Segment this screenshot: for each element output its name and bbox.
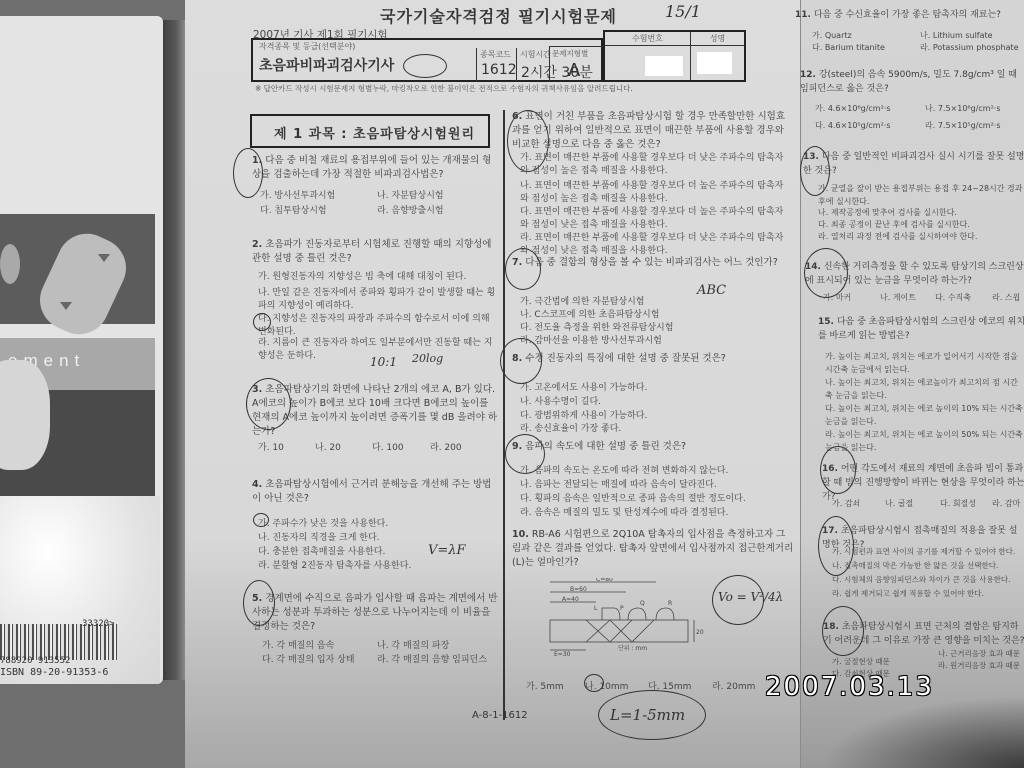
option[interactable]: 가. 음파의 속도는 온도에 따라 전혀 변화하지 않는다. (520, 463, 728, 476)
option[interactable]: 가. 극간법에 의한 자분탐상시험 (520, 294, 644, 307)
option[interactable]: 라. 스윕 (992, 292, 1020, 303)
column-divider (503, 110, 505, 720)
option[interactable]: 가. 굴절현상 때문 (832, 656, 890, 667)
option[interactable]: 라. 높이는 최고치, 위치는 에코 높이의 50% 되는 시간축 눈금을 읽는… (825, 428, 1024, 454)
camera-date-stamp: 2007.03.13 (765, 672, 934, 702)
subject-heading: 제 1 과목 : 초음파탐상시험원리 (250, 114, 490, 148)
background-book: ement 33320> 788920 913552 ISBN 89-20-91… (0, 16, 163, 684)
option[interactable]: 나. 근거리음장 효과 때문 (938, 648, 1020, 659)
option[interactable]: 가. 10 (258, 440, 284, 453)
barcode-number: 788920 913552 (0, 656, 70, 666)
handwritten-note: 15/1 (665, 2, 701, 21)
svg-text:L: L (594, 605, 598, 612)
option[interactable]: 다. 수직축 (935, 292, 971, 303)
category-value: 초음파비파괴검사기사 (259, 55, 394, 75)
barcode-addon: 33320> (82, 619, 115, 629)
question-8: 8. 수정 진동자의 특징에 대한 설명 중 잘못된 것은? (512, 352, 794, 366)
option[interactable]: 나. 접촉매질의 막은 가능한 한 얇은 것을 선택한다. (832, 559, 1024, 572)
option[interactable]: 다. 횡파의 음속은 일반적으로 종파 음속의 절반 정도이다. (520, 491, 746, 504)
option[interactable]: 라. 분할형 2진동자 탐촉자를 사용한다. (258, 558, 411, 571)
option[interactable]: 가. 감쇠 (832, 498, 860, 509)
option[interactable]: 라. 원거리음장 효과 때문 (938, 660, 1020, 671)
option[interactable]: 나. 표면이 매끈한 부품에 사용할 경우보다 더 높은 주파수의 탐촉자와 점… (520, 180, 790, 206)
question-12: 12. 강(steel)의 음속 5900m/s, 밀도 7.8g/cm³ 일 … (800, 68, 1024, 96)
isbn: ISBN 89-20-91353-6 (0, 667, 108, 678)
option[interactable]: 가. 시험편과 표면 사이의 공기를 제거할 수 있어야 한다. (832, 545, 1024, 558)
type-cell: 문제지형별 A (549, 46, 605, 82)
option[interactable]: 라. 각 매질의 음향 임피던스 (377, 652, 487, 665)
option[interactable]: 가. 방사선투과시험 (260, 188, 335, 201)
option[interactable]: 다. 전도율 측정을 위한 와전류탐상시험 (520, 320, 673, 333)
svg-text:R: R (668, 600, 672, 607)
option[interactable]: 가. 주파수가 낮은 것을 사용한다. (258, 516, 388, 529)
svg-text:C=80: C=80 (596, 578, 613, 583)
option[interactable]: 라. 감마선을 이용한 방사선투과시험 (520, 333, 662, 346)
option[interactable]: 다. 시험체의 음향임피던스와 차이가 큰 것을 사용한다. (832, 573, 1024, 586)
option[interactable]: 나. 자분탐상시험 (377, 188, 444, 201)
option[interactable]: 나. 높이는 최고치, 위치는 에코높이가 최고치의 점 시간축 눈금을 읽는다… (825, 376, 1024, 402)
option[interactable]: 다. 각 매질의 입자 상태 (262, 652, 355, 665)
question-11: 11. 다음 중 수신효율이 가장 좋은 탐촉자의 재료는? (795, 8, 1024, 22)
question-13: 13. 다음 중 일반적인 비파괴검사 실시 시기를 잘못 설명한 것은? (803, 150, 1024, 178)
book-spine (163, 20, 185, 680)
option[interactable]: 가. 마커 (823, 292, 851, 303)
option[interactable]: 다. 지향성은 진동자의 파장과 주파수의 함수로서 이에 의해 변화된다. (258, 313, 498, 339)
question-1: 1. 다음 중 비철 재료의 용접부위에 들어 있는 개재물의 형상을 검출하는… (252, 154, 500, 182)
question-9: 9. 음파의 속도에 대한 설명 중 틀린 것은? (512, 440, 794, 454)
svg-text:20: 20 (696, 629, 704, 636)
option[interactable]: 다. 충분한 접촉매질을 사용한다. (258, 544, 385, 557)
option[interactable]: 나. 음파는 전달되는 매질에 따라 음속이 달라진다. (520, 477, 717, 490)
option[interactable]: 나. 각 매질의 파장 (377, 638, 449, 651)
option[interactable]: 라. 음향방출시험 (377, 203, 444, 216)
option[interactable]: 라. 7.5×10⁵g/cm²·s (925, 120, 1001, 131)
question-6: 6. 표면이 거친 부품을 초음파탐상시험 할 경우 만족할만한 시험효과를 얻… (512, 110, 794, 152)
option[interactable]: 가. Quartz (812, 30, 852, 41)
handwritten-note: ABC (697, 283, 726, 298)
svg-text:A=40: A=40 (562, 596, 579, 603)
book-cover-photo (0, 214, 155, 324)
handwritten-note: 20log (412, 352, 443, 365)
question-7: 7. 다음 중 결함의 형상을 볼 수 있는 비파괴검사는 어느 것인가? (512, 256, 794, 270)
option[interactable]: 나. 만일 같은 진동자에서 종파와 횡파가 같이 발생할 때는 횡파의 지향성… (258, 287, 498, 313)
option[interactable]: 나. 20 (315, 440, 341, 453)
option[interactable]: 나. 게이트 (880, 292, 916, 303)
option[interactable]: 라. 감마 (992, 498, 1020, 509)
probe-incidence-diagram: C=80 B=60 A=40 E=30 P Q R 20 단위 : mm L (548, 578, 708, 658)
option[interactable]: 나. 7.5×10⁶g/cm²·s (925, 103, 1001, 114)
redacted-exam-number (645, 56, 683, 76)
option[interactable]: 다. 4.6×10⁵g/cm²·s (815, 120, 891, 131)
svg-text:단위 : mm: 단위 : mm (618, 644, 647, 652)
option[interactable]: 나. C스코프에 의한 초음파탐상시험 (520, 307, 659, 320)
handwritten-answer: L=1-5mm (610, 706, 685, 724)
option[interactable]: 라. 쉽게 제거되고 쉽게 적용할 수 있어야 한다. (832, 587, 1024, 600)
option[interactable]: 가. 5mm (526, 679, 564, 692)
option[interactable]: 라. 송신효율이 가장 좋다. (520, 421, 621, 434)
svg-text:P: P (620, 605, 624, 612)
option[interactable]: 다. 광범위하게 사용이 가능하다. (520, 408, 647, 421)
option[interactable]: 가. 고온에서도 사용이 가능하다. (520, 380, 647, 393)
code-cell: 종목코드 1612 (476, 48, 516, 82)
option[interactable]: 라. 음속은 매질의 밀도 및 탄성계수에 따라 결정된다. (520, 505, 728, 518)
option[interactable]: 가. 높이는 최고치, 위치는 에코가 일어서기 시작한 점을 시간축 눈금에서… (825, 350, 1024, 376)
question-4: 4. 초음파탐상시험에서 근거리 분해능을 개선해 주는 방법이 아닌 것은? (252, 478, 500, 506)
question-10: 10. RB-A6 시험편으로 2Q10A 탐촉자의 입사점을 측정하고자 그림… (512, 528, 794, 570)
option[interactable]: 라. 열처리 과정 전에 검사를 실시하여야 한다. (818, 230, 1024, 243)
handwritten-circle (233, 148, 263, 198)
option[interactable]: 다. 표면이 매끈한 부품에 사용할 경우보다 더 높은 주파수의 탐촉자와 점… (520, 206, 790, 232)
exam-title: 국가기술자격검정 필기시험문제 (380, 4, 617, 27)
option[interactable]: 나. 굴절 (885, 498, 913, 509)
notice-text: ※ 답안카드 작성시 시험문제지 형별누락, 마킹착오로 인한 불이익은 전적으… (255, 83, 633, 94)
option[interactable]: 가. 표면이 매끈한 부품에 사용할 경우보다 더 낮은 주파수의 탐촉자와 점… (520, 152, 790, 178)
option[interactable]: 나. 사용수명이 길다. (520, 394, 601, 407)
type-value: A (568, 60, 580, 81)
option[interactable]: 가. 균열을 잘이 받는 용접부위는 용접 후 24~28시간 경과 후에 실시… (818, 182, 1024, 208)
option[interactable]: 다. 높이는 최고치, 위치는 에코 높이의 10% 되는 시간축 눈금을 읽는… (825, 402, 1024, 428)
option[interactable]: 라. 표면이 매끈한 부품에 사용할 경우보다 더 낮은 주파수의 탐촉자와 점… (520, 232, 790, 258)
option[interactable]: 라. 20mm (712, 679, 755, 692)
option[interactable]: 다. 회절성 (940, 498, 976, 509)
option[interactable]: 라. Potassium phosphate (920, 42, 1019, 53)
redacted-name (697, 52, 732, 74)
option[interactable]: 나. Lithium sulfate (920, 30, 993, 41)
category-label: 자격종목 및 등급(선택분야) (259, 41, 355, 52)
svg-text:E=30: E=30 (554, 651, 571, 658)
option[interactable]: 가. 4.6×10⁶g/cm²·s (815, 103, 891, 114)
svg-text:B=60: B=60 (570, 586, 587, 593)
page-code: A-8-1-1612 (472, 710, 528, 721)
option[interactable]: 다. 100 (372, 440, 404, 453)
code-value: 1612 (481, 62, 517, 78)
question-2: 2. 초음파가 진동자로부터 시험체로 진행할 때의 지향성에 관한 설명 중 … (252, 238, 500, 266)
question-5: 5. 경계면에 수직으로 음파가 입사할 때 음파는 계면에서 반사하는 성분과… (252, 592, 500, 634)
option[interactable]: 가. 원형진동자의 지향성은 빔 축에 대해 대칭이 된다. (258, 271, 498, 284)
barcode (0, 624, 118, 660)
option[interactable]: 가. 각 매질의 음속 (262, 638, 334, 651)
option[interactable]: 다. 침투탐상시험 (260, 203, 327, 216)
option[interactable]: 나. 진동자의 직경을 크게 한다. (258, 530, 380, 543)
question-15: 15. 다음 중 초음파탐상시험의 스크린상 에코의 위치를 바르게 읽는 방법… (818, 315, 1024, 343)
handwritten-formula: V=λF (428, 543, 466, 558)
option[interactable]: 다. Barium titanite (812, 42, 885, 53)
option[interactable]: 라. 200 (430, 440, 462, 453)
svg-text:Q: Q (640, 600, 645, 607)
